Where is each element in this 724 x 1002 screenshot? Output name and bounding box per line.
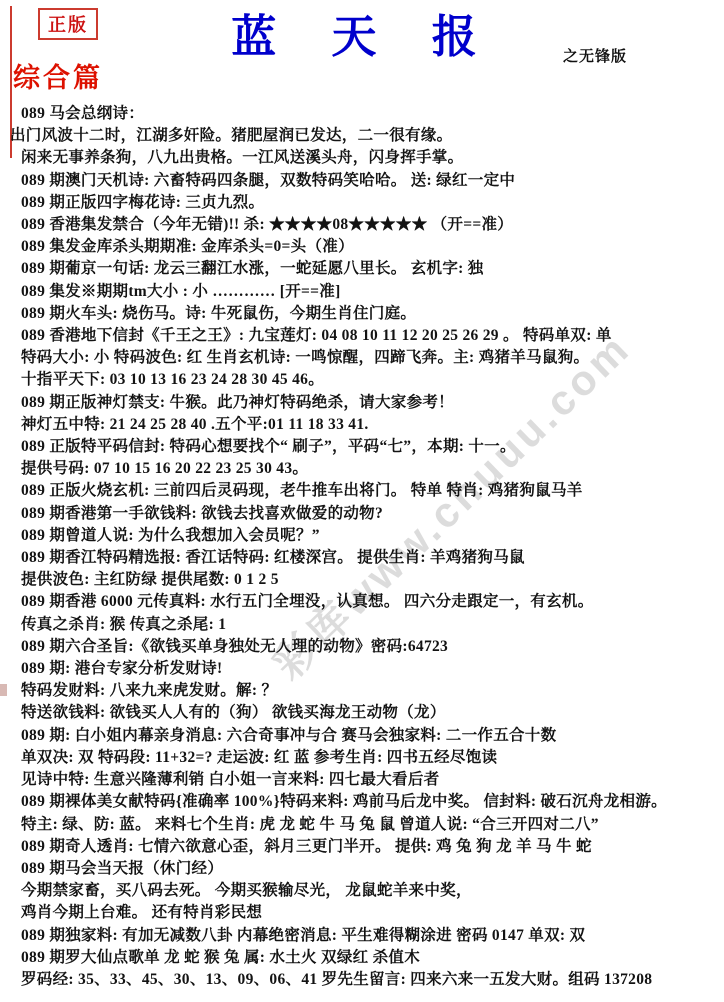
text-line: 089 香港地下信封《千王之王》: 九宝莲灯: 04 08 10 11 12 2… (21, 325, 721, 347)
text-line: 089 期正版四字梅花诗: 三贞九烈。 (21, 192, 721, 214)
text-line: 神灯五中特: 21 24 25 28 40 .五个平:01 11 18 33 4… (21, 414, 721, 436)
left-red-mark (0, 684, 7, 696)
text-line: 089 期罗大仙点歌单 龙 蛇 猴 兔 属: 水土火 双绿红 杀值木 (21, 947, 721, 969)
text-line: 089 正版特平码信封: 特码心想要找个“ 刷子”，平码“七”，本期: 十一。 (21, 436, 721, 458)
authentic-badge: 正版 (38, 8, 98, 40)
text-line: 089 期香港 6000 元传真料: 水行五门全埋没，认真想。 四六分走跟定一，… (21, 591, 721, 613)
text-line: 089 香港集发禁合（今年无错)!! 杀: ★★★★08★★★★★ （开==准） (21, 214, 721, 236)
text-line: 089 期: 白小姐内幕亲身消息: 六合奇事冲与合 赛马会独家料: 二一作五合十… (21, 725, 721, 747)
text-line: 特码大小: 小 特码波色: 红 生肖玄机诗: 一鸣惊醒，四蹄飞奔。主: 鸡猪羊马… (21, 347, 721, 369)
text-line: 089 期香江特码精选报: 香江话特码: 红楼深宫。 提供生肖: 羊鸡猪狗马鼠 (21, 547, 721, 569)
text-line: 089 正版火烧玄机: 三前四后灵码现，老牛推车出将门。 特单 特肖: 鸡猪狗鼠… (21, 480, 721, 502)
text-line: 特主: 绿、防: 蓝。 来料七个生肖: 虎 龙 蛇 牛 马 兔 鼠 曾道人说: … (21, 814, 721, 836)
text-line: 089 期: 港台专家分析发财诗! (21, 658, 721, 680)
text-line: 提供波色: 主红防绿 提供尾数: 0 1 2 5 (21, 569, 721, 591)
text-line: 089 期独家料: 有加无减数八卦 内幕绝密消息: 平生难得糊涂进 密码 014… (21, 925, 721, 947)
newspaper-page: 正版 蓝 天 报 之无锋版 综合篇 彩库www.chuuu.com 089 马会… (0, 0, 724, 1002)
text-line: 089 期正版神灯禁支: 牛猴。此乃神灯特码绝杀，请大家参考！ (21, 392, 721, 414)
text-line: 单双决: 双 特码段: 11+32=? 走运波: 红 蓝 参考生肖: 四书五经尽… (21, 747, 721, 769)
text-line: 089 期香港第一手欲钱料: 欲钱去找喜欢做爱的动物? (21, 503, 721, 525)
text-line: 089 马会总纲诗： (21, 103, 721, 125)
text-line: 089 期曾道人说: 为什么我想加入会员呢？” (21, 525, 721, 547)
text-line: 089 集发※期期tm大小 : 小 ………… [开==准] (21, 281, 721, 303)
text-line: 见诗中特: 生意兴隆薄利销 白小姐一言来料: 四七最大看后者 (21, 769, 721, 791)
text-line: 今期禁家畜，买八码去死。 今期买猴输尽光， 龙鼠蛇羊来中奖， (21, 880, 721, 902)
page-title: 蓝 天 报 (150, 0, 580, 65)
text-line: 089 期奇人透肖: 七情六欲意心歪，斜月三更门半开。 提供: 鸡 兔 狗 龙 … (21, 836, 721, 858)
text-line: 提供号码: 07 10 15 16 20 22 23 25 30 43。 (21, 458, 721, 480)
text-line: 出门风波十二时，江湖多奸险。猪肥屋润已发达，二一很有缘。 (10, 125, 721, 147)
text-line: 传真之杀肖: 猴 传真之杀尾: 1 (21, 614, 721, 636)
body-lines: 089 马会总纲诗：出门风波十二时，江湖多奸险。猪肥屋润已发达，二一很有缘。闲来… (21, 103, 721, 991)
text-line: 089 期澳门天机诗: 六畜特码四条腿，双数特码笑哈哈。 送: 绿红一定中 (21, 170, 721, 192)
text-line: 鸡肖今期上台难。 还有特肖彩民想 (21, 902, 721, 924)
text-line: 089 期裸体美女献特码{准确率 100%}特码来料: 鸡前马后龙中奖。 信封料… (21, 791, 721, 813)
section-heading: 综合篇 (13, 56, 103, 95)
text-line: 089 期火车头: 烧伤马。诗: 牛死鼠伤，今期生肖住门庭。 (21, 303, 721, 325)
text-line: 闲来无事养条狗，八九出贵格。一江风送溪头舟，闪身挥手掌。 (21, 147, 721, 169)
text-line: 089 期六合圣旨:《欲钱买单身独处无人理的动物》密码:64723 (21, 636, 721, 658)
text-line: 089 期葡京一句话: 龙云三翻江水涨，一蛇延愿八里长。 玄机字: 独 (21, 258, 721, 280)
text-line: 十指平天下: 03 10 13 16 23 24 28 30 45 46。 (21, 369, 721, 391)
text-line: 089 期马会当天报（休门经） (21, 858, 721, 880)
text-line: 089 集发金库杀头期期准: 金库杀头=0=头（准） (21, 236, 721, 258)
text-line: 特送欲钱料: 欲钱买人人有的（狗） 欲钱买海龙王动物（龙） (21, 702, 721, 724)
text-line: 罗码经: 35、33、45、30、13、09、06、41 罗先生留言: 四来六来… (21, 969, 721, 991)
edition-label: 之无锋版 (563, 45, 627, 66)
text-line: 特码发财料: 八来九来虎发财。解: ？ (21, 680, 721, 702)
